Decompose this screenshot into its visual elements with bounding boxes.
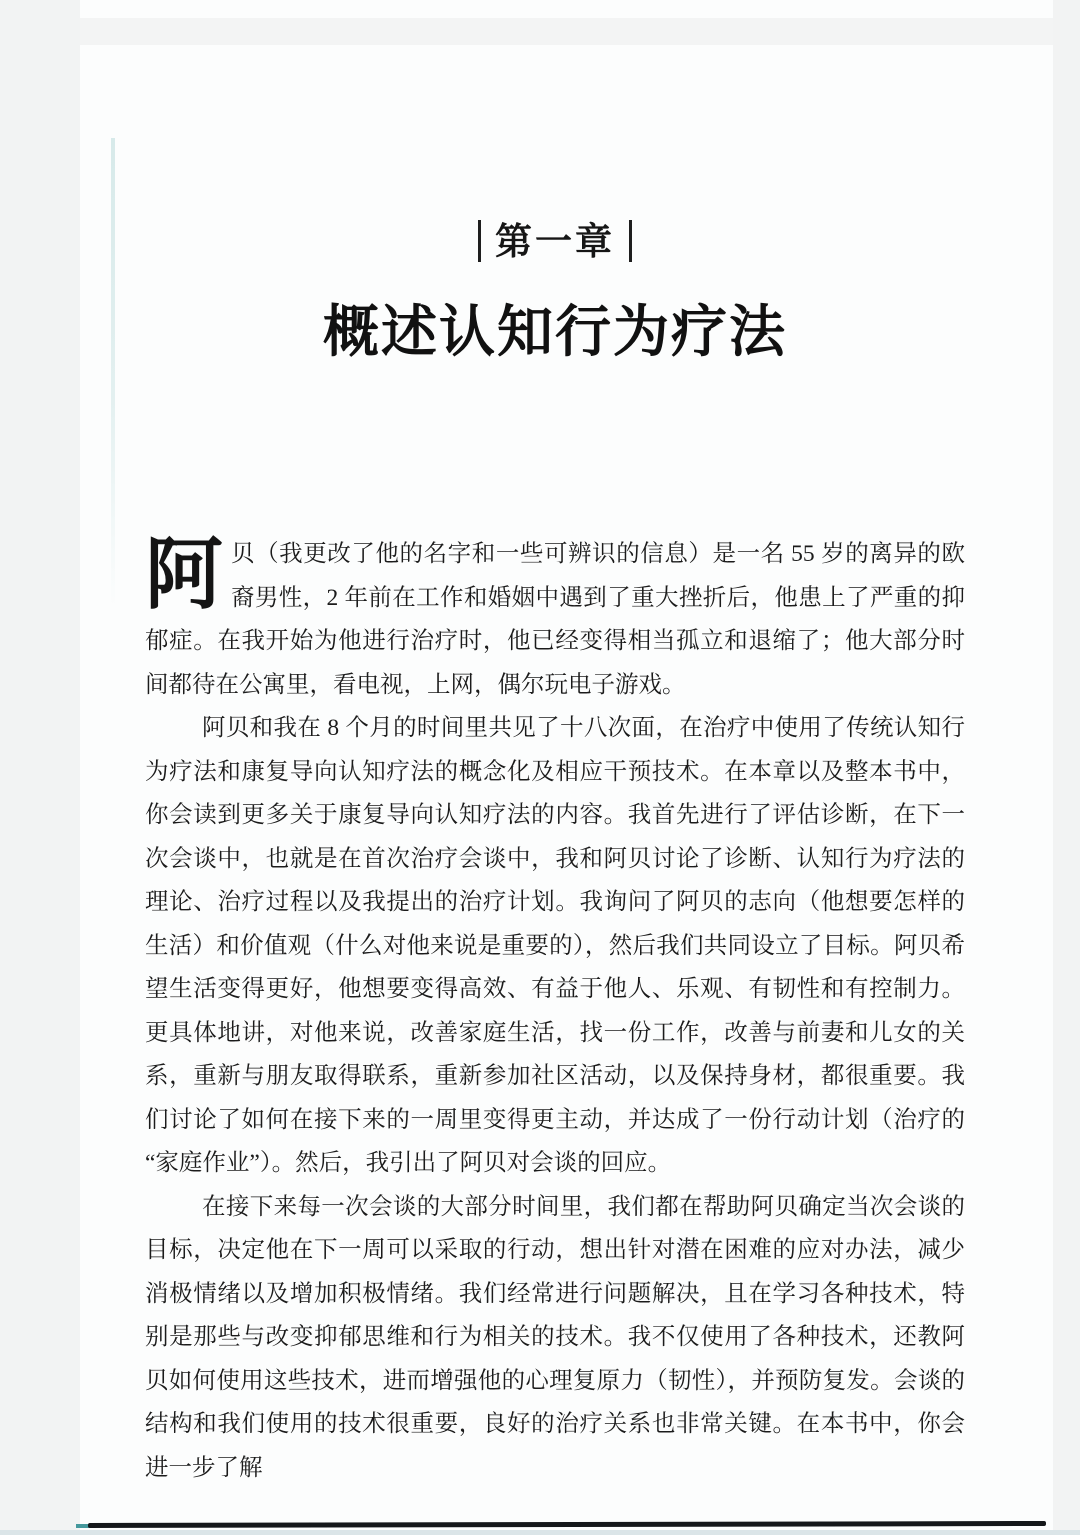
chapter-label-bar-left <box>478 220 481 262</box>
paragraph-1: 阿贝（我更改了他的名字和一些可辨识的信息）是一名 55 岁的离异的欧裔男性，2 … <box>145 533 965 707</box>
chapter-title: 概述认知行为疗法 <box>145 288 965 368</box>
paragraph-2: 阿贝和我在 8 个月的时间里共见了十八次面，在治疗中使用了传统认知行为疗法和康复… <box>145 707 965 1186</box>
drop-cap: 阿 <box>145 536 221 618</box>
chapter-label-bar-right <box>629 220 632 262</box>
paragraph-3-text: 在接下来每一次会谈的大部分时间里，我们都在帮助阿贝确定当次会谈的目标，决定他在下… <box>145 1194 965 1481</box>
paragraph-2-text: 阿贝和我在 8 个月的时间里共见了十八次面，在治疗中使用了传统认知行为疗法和康复… <box>145 715 965 1176</box>
scan-top-shadow-band <box>80 18 1053 45</box>
paragraph-1-text: 贝（我更改了他的名字和一些可辨识的信息）是一名 55 岁的离异的欧裔男性，2 年… <box>145 541 965 698</box>
chapter-label: 第一章 <box>145 211 965 268</box>
body-text: 阿贝（我更改了他的名字和一些可辨识的信息）是一名 55 岁的离异的欧裔男性，2 … <box>145 533 965 1490</box>
paragraph-3: 在接下来每一次会谈的大部分时间里，我们都在帮助阿贝确定当次会谈的目标，决定他在下… <box>145 1186 965 1491</box>
scanned-book-page: 第一章 概述认知行为疗法 阿贝（我更改了他的名字和一些可辨识的信息）是一名 55… <box>0 0 1080 1535</box>
scan-right-margin <box>1053 0 1080 1535</box>
bottom-edge-strip <box>0 1530 1080 1535</box>
chapter-label-text: 第一章 <box>495 221 615 262</box>
spine-highlight-line <box>111 138 115 608</box>
scan-left-margin <box>0 0 80 1535</box>
bottom-page-edge-rule <box>88 1521 1046 1528</box>
